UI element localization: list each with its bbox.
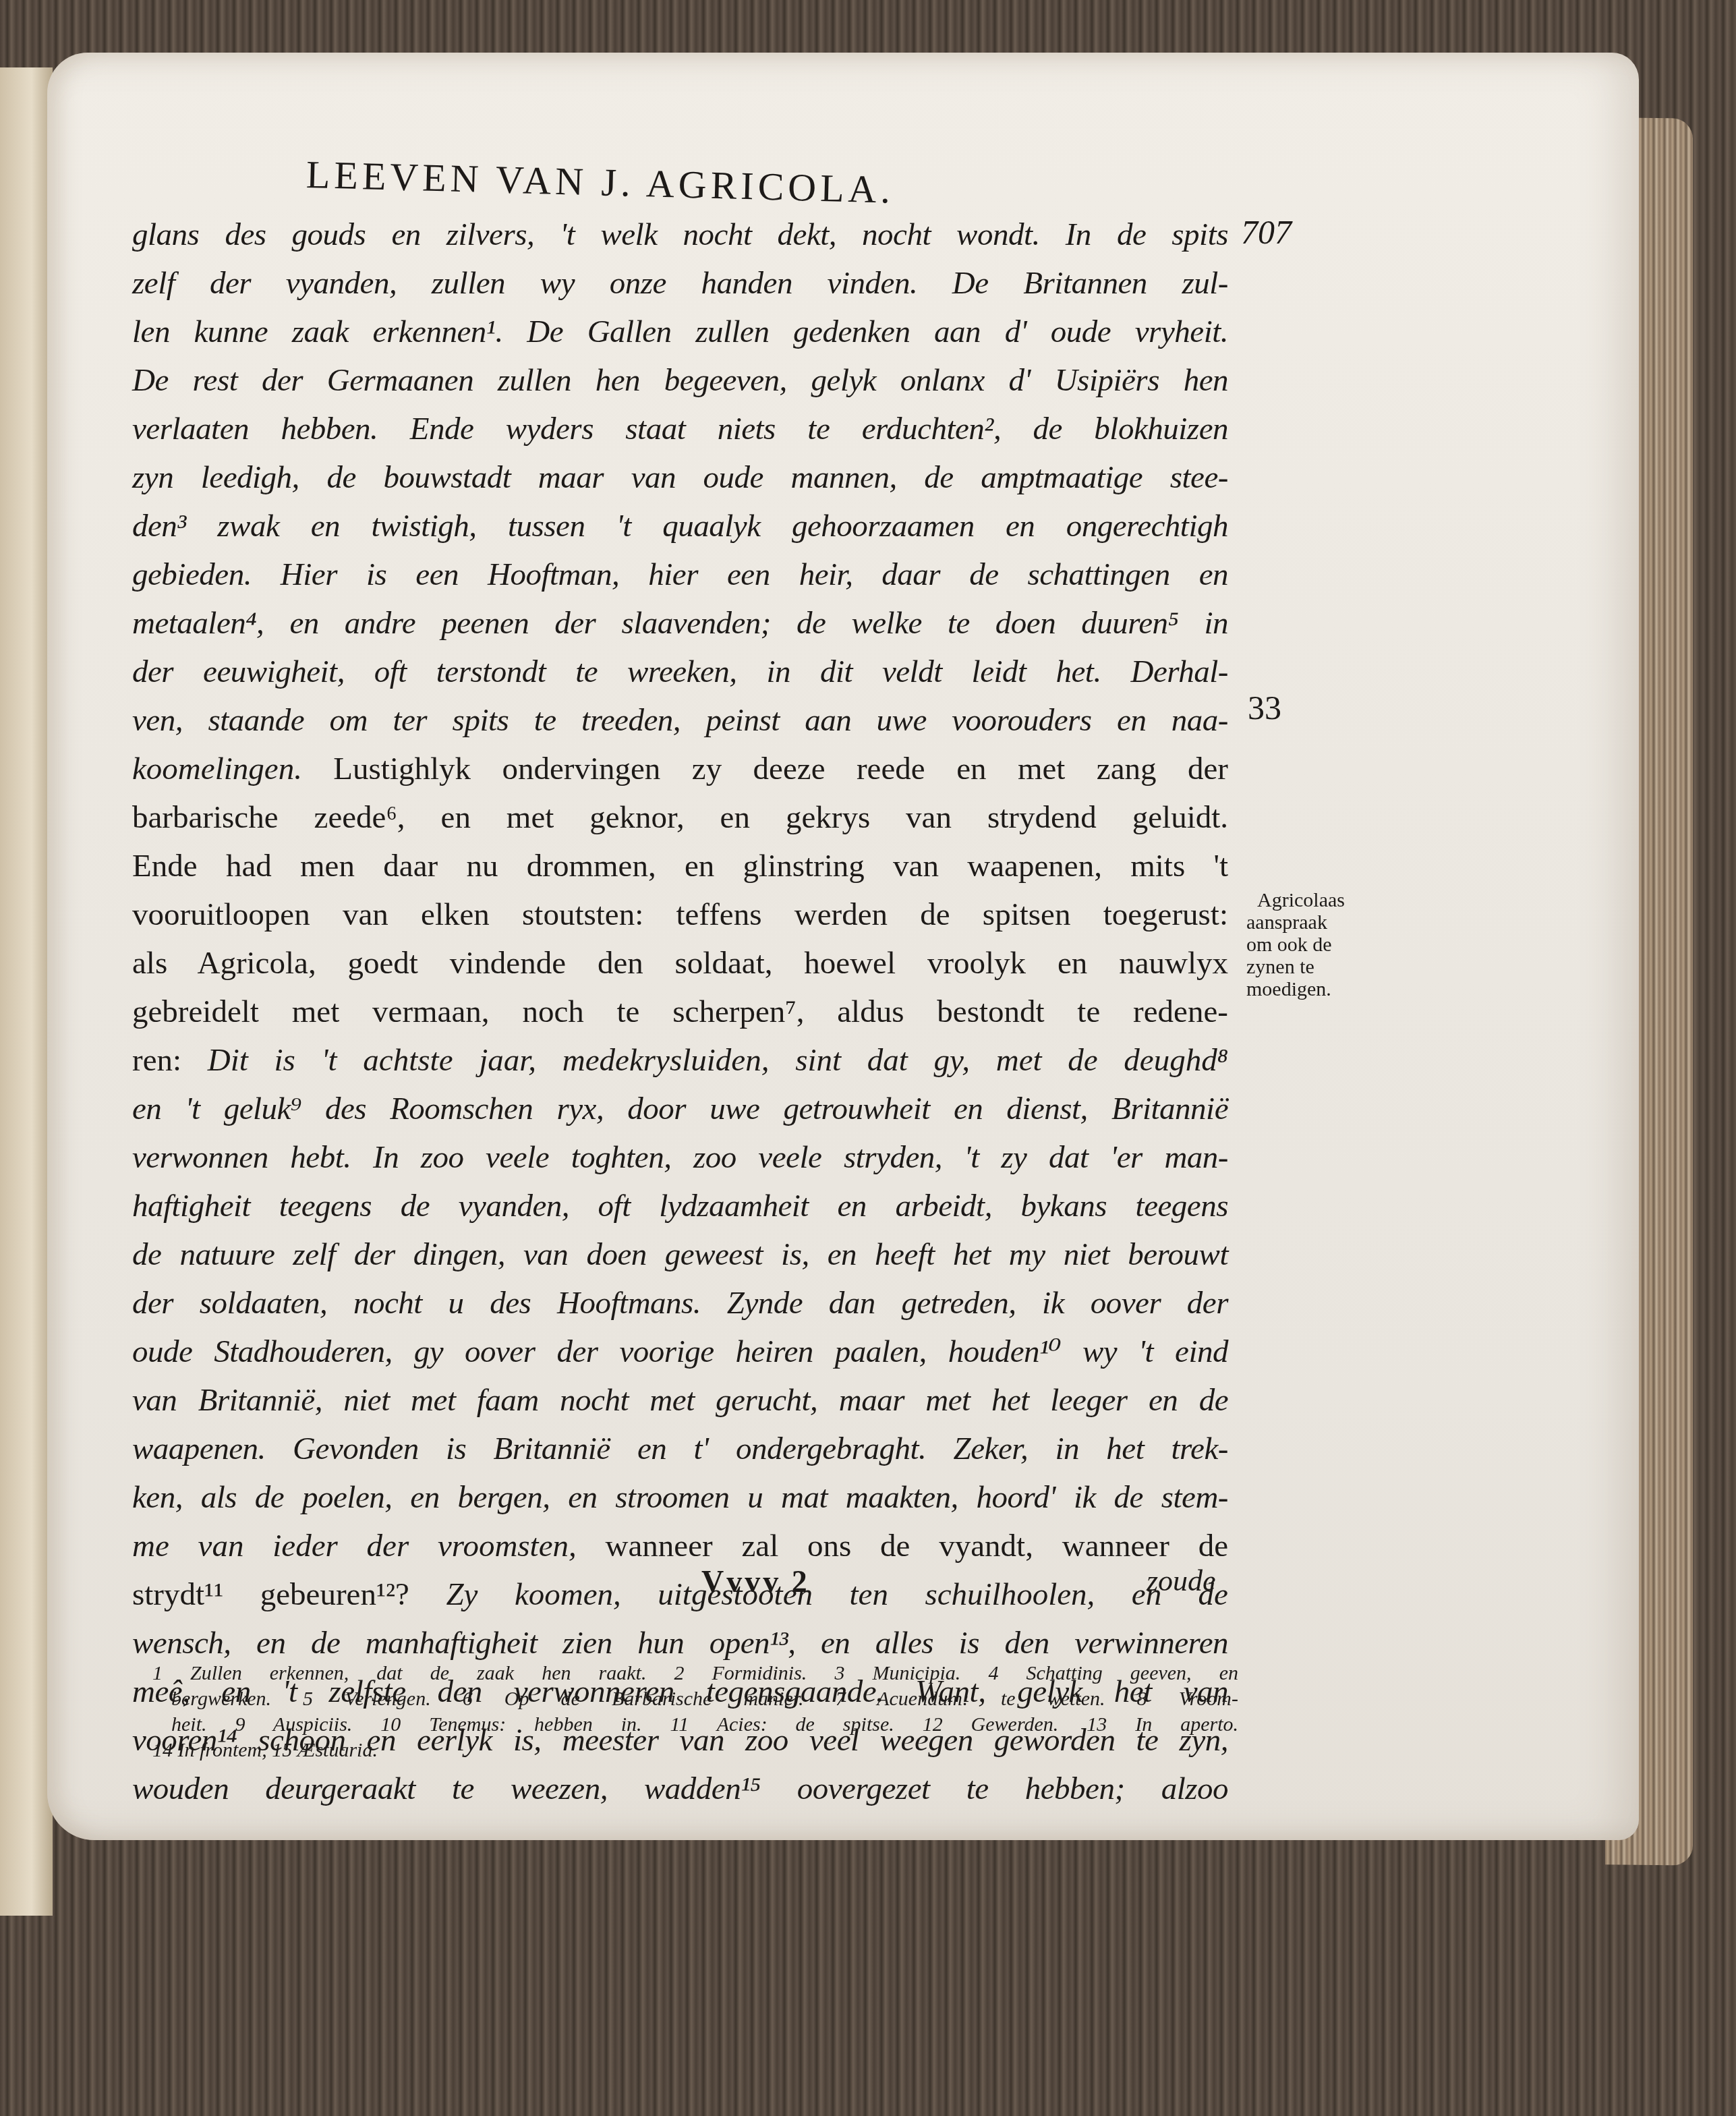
text-line: ven, staande om ter spits te treeden, pe… bbox=[132, 696, 1228, 745]
text-line: wouden deurgeraakt te weezen, wadden¹⁵ o… bbox=[132, 1765, 1228, 1813]
text-line: zelf der vyanden, zullen wy onze handen … bbox=[132, 259, 1228, 308]
text-line: me van ieder der vroomsten, wanneer zal … bbox=[132, 1522, 1228, 1570]
margin-note: Agricolaas aanspraak om ook de zynen te … bbox=[1246, 889, 1361, 1000]
text-line: als Agricola, goedt vindende den soldaat… bbox=[132, 939, 1228, 988]
text-line: de natuure zelf der dingen, van doen gew… bbox=[132, 1230, 1228, 1279]
text-line: De rest der Germaanen zullen hen begeeve… bbox=[132, 356, 1228, 405]
margin-section-number: 33 bbox=[1248, 688, 1281, 727]
text-line: Ende had men daar nu drommen, en glinstr… bbox=[132, 842, 1228, 890]
roman-run: Lustighlyk ondervingen zy deeze reede en… bbox=[333, 751, 1228, 787]
text-line: glans des gouds en zilvers, 't welk noch… bbox=[132, 210, 1228, 259]
page-header: LEEVEN VAN J. AGRICOLA. 707 bbox=[307, 152, 1292, 212]
text-line: waapenen. Gevonden is Britannië en t' on… bbox=[132, 1425, 1228, 1473]
text-line: der soldaaten, nocht u des Hooftmans. Zy… bbox=[132, 1279, 1228, 1327]
margin-note-line: aanspraak bbox=[1246, 911, 1361, 934]
text-line: verwonnen hebt. In zoo veele toghten, zo… bbox=[132, 1133, 1228, 1182]
text-line: strydt¹¹ gebeuren¹²? Zy koomen, uitgesto… bbox=[132, 1570, 1228, 1619]
footnote-line: 1 Zullen erkennen, dat de zaak hen raakt… bbox=[152, 1661, 1238, 1686]
text-line: len kunne zaak erkennen¹. De Gallen zull… bbox=[132, 308, 1228, 356]
margin-note-line: moedigen. bbox=[1246, 978, 1361, 1000]
facing-left-page-edge bbox=[0, 67, 53, 1916]
text-line: verlaaten hebben. Ende wyders staat niet… bbox=[132, 405, 1228, 453]
text-line: barbarische zeede⁶, en met geknor, en ge… bbox=[132, 793, 1228, 842]
text-line: zyn leedigh, de bouwstadt maar van oude … bbox=[132, 453, 1228, 502]
text-line: en 't geluk⁹ des Roomschen ryx, door uwe… bbox=[132, 1085, 1228, 1133]
roman-run: ren: bbox=[132, 1043, 181, 1078]
italic-run: Dit is 't achtste jaar, medekrysluiden, … bbox=[208, 1043, 1228, 1078]
signature-mark: Vvvv 2 bbox=[701, 1564, 810, 1599]
italic-run: Zy koomen, uitgestooten ten schuilhoolen… bbox=[446, 1577, 1228, 1612]
text-line: gebieden. Hier is een Hooftman, hier een… bbox=[132, 550, 1228, 599]
text-line: der eeuwigheit, oft terstondt te wreeken… bbox=[132, 648, 1228, 696]
body-text: glans des gouds en zilvers, 't welk noch… bbox=[132, 210, 1228, 1813]
text-line: metaalen⁴, en andre peenen der slaavende… bbox=[132, 599, 1228, 648]
page-number: 707 bbox=[1241, 212, 1292, 252]
text-line: den³ zwak en twistigh, tussen 't quaalyk… bbox=[132, 502, 1228, 550]
footnotes: 1 Zullen erkennen, dat de zaak hen raakt… bbox=[152, 1661, 1238, 1763]
footnote-line: 14 In frontem, 15 Æstuaria. bbox=[152, 1738, 1238, 1763]
text-line: van Britannië, niet met faam nocht met g… bbox=[132, 1376, 1228, 1425]
running-title: LEEVEN VAN J. AGRICOLA. bbox=[306, 152, 895, 212]
margin-note-line: zynen te bbox=[1246, 956, 1361, 978]
footnote-line: bergwerken. 5 Verlengen. 6 Op de Barbari… bbox=[152, 1686, 1238, 1712]
margin-note-line: om ook de bbox=[1246, 934, 1361, 956]
text-line: gebreidelt met vermaan, noch te scherpen… bbox=[132, 988, 1228, 1036]
roman-run: strydt¹¹ gebeuren¹²? bbox=[132, 1577, 409, 1612]
text-line: haftigheit teegens de vyanden, oft lydza… bbox=[132, 1182, 1228, 1230]
text-line: oude Stadhouderen, gy oover der voorige … bbox=[132, 1327, 1228, 1376]
italic-run: koomelingen. bbox=[132, 751, 302, 787]
catchword: zoude bbox=[1147, 1564, 1216, 1598]
text-line: vooruitloopen van elken stoutsten: teffe… bbox=[132, 890, 1228, 939]
text-line: ren: Dit is 't achtste jaar, medekryslui… bbox=[132, 1036, 1228, 1085]
italic-run: me van ieder der vroomsten, bbox=[132, 1528, 577, 1564]
text-line: koomelingen. Lustighlyk ondervingen zy d… bbox=[132, 745, 1228, 793]
margin-note-line: Agricolaas bbox=[1246, 889, 1361, 911]
roman-run: wanneer zal ons de vyandt, wanneer de bbox=[606, 1528, 1228, 1564]
text-line: ken, als de poelen, en bergen, en stroom… bbox=[132, 1473, 1228, 1522]
footnote-line: heit. 9 Auspiciis. 10 Tenemus: hebben in… bbox=[152, 1712, 1238, 1738]
